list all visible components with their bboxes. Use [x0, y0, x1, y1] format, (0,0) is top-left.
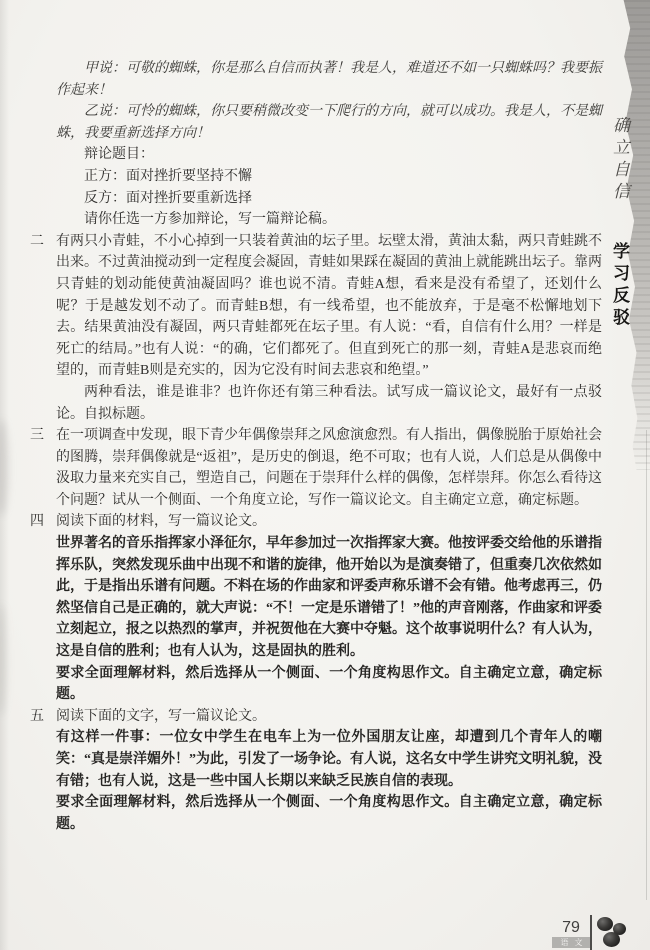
debate-topic-label: 辩论题目：: [56, 144, 602, 166]
page-number: 79: [551, 919, 591, 937]
debate-con-side: 反方：面对挫折要重新选择: [56, 188, 602, 210]
unit-title-top: 确立自信: [610, 116, 629, 204]
exercise-requirement: 要求全面理解材料，然后选择从一个侧面、一个角度构思作文。自主确定立意，确定标题。: [56, 663, 602, 706]
page-content: 甲说：可敬的蜘蛛，你是那么自信而执著！我是人，难道还不如一只蜘蛛吗？我要振作起来…: [56, 58, 602, 835]
exercise-number: 四: [30, 511, 52, 533]
subject-label-badge: 语文: [552, 937, 591, 948]
page-right-edge-line: [646, 430, 647, 900]
pebble-icon: [597, 917, 613, 931]
footer-divider-line: [590, 915, 592, 950]
pebbles-decoration-icon: [593, 912, 645, 950]
unit-title-bottom: 学习反驳: [610, 242, 629, 330]
exercise-material: 有这样一件事：一位女中学生在电车上为一位外国朋友让座，却遭到几个青年人的嘲笑：“…: [56, 727, 602, 792]
exercise-number: 五: [30, 706, 52, 728]
exercise-body: 有两只小青蛙，不小心掉到一只装着黄油的坛子里。坛壁太滑，黄油太黏，两只青蛙跳不出…: [56, 231, 602, 382]
exercise-body: 在一项调查中发现，眼下青少年偶像崇拜之风愈演愈烈。有人指出，偶像脱胎于原始社会的…: [56, 425, 602, 511]
dialog-line-yi: 乙说：可怜的蜘蛛，你只要稍微改变一下爬行的方向，就可以成功。我是人，不是蜘蛛，我…: [56, 101, 602, 144]
debate-pro-side: 正方：面对挫折要坚持不懈: [56, 166, 602, 188]
exercise-intro: 阅读下面的材料，写一篇议论文。: [56, 511, 602, 533]
exercise-material: 世界著名的音乐指挥家小泽征尔，早年参加过一次指挥家大赛。他按评委交给他的乐谱指挥…: [56, 533, 602, 663]
dialog-line-jia: 甲说：可敬的蜘蛛，你是那么自信而执著！我是人，难道还不如一只蜘蛛吗？我要振作起来…: [56, 58, 602, 101]
textbook-page: 确立自信 学习反驳 甲说：可敬的蜘蛛，你是那么自信而执著！我是人，难道还不如一只…: [0, 0, 650, 950]
exercise-task: 两种看法，谁是谁非？也许你还有第三种看法。试写成一篇议论文，最好有一点驳论。自拟…: [56, 382, 602, 425]
exercise-task: 请你任选一方参加辩论，写一篇辩论稿。: [56, 209, 602, 231]
exercise-intro: 阅读下面的文字，写一篇议论文。: [56, 706, 602, 728]
unit-title-sidebar: 确立自信 学习反驳: [606, 116, 632, 330]
pebble-icon: [603, 932, 620, 947]
exercise-5: 五 阅读下面的文字，写一篇议论文。 有这样一件事：一位女中学生在电车上为一位外国…: [56, 706, 602, 836]
exercise-2: 二 有两只小青蛙，不小心掉到一只装着黄油的坛子里。坛壁太滑，黄油太黏，两只青蛙跳…: [56, 231, 602, 425]
exercise-number: 三: [30, 425, 52, 447]
exercise-requirement: 要求全面理解材料，然后选择从一个侧面、一个角度构思作文。自主确定立意，确定标题。: [56, 792, 602, 835]
exercise-4: 四 阅读下面的材料，写一篇议论文。 世界著名的音乐指挥家小泽征尔，早年参加过一次…: [56, 511, 602, 705]
exercise-3: 三 在一项调查中发现，眼下青少年偶像崇拜之风愈演愈烈。有人指出，偶像脱胎于原始社…: [56, 425, 602, 511]
exercise-1-continuation: 甲说：可敬的蜘蛛，你是那么自信而执著！我是人，难道还不如一只蜘蛛吗？我要振作起来…: [56, 58, 602, 231]
exercise-number: 二: [30, 231, 52, 253]
